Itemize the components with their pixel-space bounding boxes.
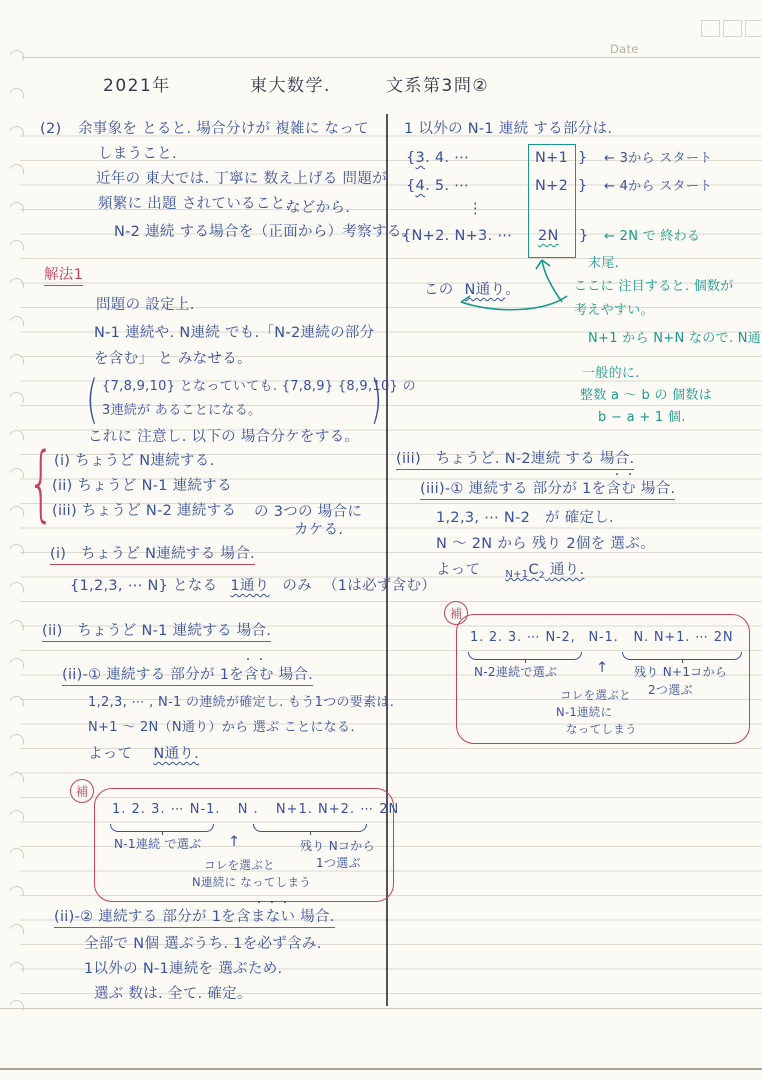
seq-middle-part: N-1. [589, 630, 619, 645]
title-course: 東大数学. [250, 76, 331, 97]
item-2-line-5: N-2 連続 する場合を（正面から）考察する。 [114, 223, 416, 241]
teal-note-4: 一般的に. [582, 366, 640, 382]
supplement-2-sequence: 1. 2. 3. ⋯ N-2, N-1. N. N+1. ⋯ 2N [470, 630, 733, 646]
page-bottom-edge [0, 1068, 762, 1070]
set-row-2-end: N+2 [535, 177, 568, 195]
seq-middle-part: N . [238, 802, 259, 817]
case-ii-heading-text: (ii) ちょうど N-1 連続する 場合. [42, 623, 271, 642]
case-ii-2-heading-text: (ii)-② 連続する 部分が 1を含まない 場合. [54, 909, 335, 928]
seq-last-part: N. N+1. ⋯ 2N [633, 630, 733, 645]
teal-note-2: 考えやすい。 [574, 303, 654, 319]
therefore-label: よって [436, 562, 480, 578]
set-row-3-end: 2N [538, 227, 559, 245]
n-ways-a: この [424, 282, 454, 298]
title-year: 2021年 [103, 76, 171, 97]
date-label: Date [610, 42, 639, 56]
item-2-line-3: 近年の 東大では. 丁寧に 数え上げる 問題が [96, 170, 387, 188]
solution-line-1: 問題の 設定上. [96, 296, 195, 314]
therefore-label: よって [88, 746, 132, 762]
solution-line-4: これに 注意し. 以下の 場合分ケをする。 [88, 428, 359, 446]
set-row-2-note: ← 4から スタート [604, 179, 712, 195]
solution-line-3: を含む」 と みなせる。 [94, 350, 252, 368]
item-2-marker: (2) [40, 120, 61, 138]
case-ii-2-line-2: 1以外の N-1連続を 選ぶため. [84, 960, 282, 978]
set-row-3-note: ← 2N で 終わる [604, 229, 700, 245]
corner-squares [698, 20, 762, 42]
underbrace-right [253, 824, 367, 832]
case-list-brace: { [28, 444, 54, 524]
binder-hole [7, 86, 26, 105]
case-ii-1-heading-text: (ii)-① 連続する 部分が 1を含む 場合. [62, 667, 313, 686]
open-brace: { [406, 150, 416, 166]
case-ii-2-heading: (ii)-② 連続する 部分が 1を含まない 場合. [54, 908, 335, 926]
case-ii-1-line-2: N+1 〜 2N（N通り）から 選ぶ ことになる. [88, 720, 355, 736]
case-iii-1-line-1: 1,2,3, ⋯ N-2 が 確定し. [436, 509, 614, 527]
comb-sub: 2 [539, 571, 545, 581]
up-arrow: ↑ [228, 833, 240, 851]
corner-square [745, 20, 762, 37]
underbrace-right-label-2: 2つ選ぶ [648, 683, 693, 698]
comb-post: 通り. [550, 562, 585, 578]
case-ii-1-count: N通り. [153, 746, 199, 762]
bottom-rule-line [0, 1008, 762, 1009]
set-row-2: {4. 5. ⋯ [406, 177, 469, 195]
item-2-line-1: 余事象を とると. 場合分けが 複雑に なって [78, 120, 369, 138]
comb-pre: N+1 [505, 569, 528, 580]
middle-note-2: N連続に なってしまう [192, 875, 311, 889]
case-iii-1-line-2: N 〜 2N から 残り 2個を 選ぶ。 [436, 535, 655, 553]
case-iii-heading-text: (iii) ちょうど. N-2連続 する 場合. [396, 451, 634, 470]
underbrace-right-label-2: 1つ選ぶ [316, 856, 361, 871]
underbrace-right-label-1: 残り Nコから [300, 839, 375, 854]
close-brace: } [579, 227, 589, 245]
underbrace-left [110, 824, 214, 832]
set-row-1-start: 3 [416, 150, 426, 166]
case-ii-1-result: よって N通り. [88, 745, 199, 763]
case-iii-1-heading: (iii)-① 連続する 部分が 1を含む 場合. [420, 480, 675, 498]
close-paren: ) [370, 372, 382, 428]
middle-note-2: N-1連続に [556, 705, 612, 719]
supplement-1-sequence: 1. 2. 3. ⋯ N-1. N . N+1. N+2. ⋯ 2N [112, 802, 399, 818]
middle-note-1: コレを選ぶと [204, 858, 275, 872]
middle-note-3: なってしまう [566, 722, 637, 736]
case-i-line-c: のみ [282, 578, 312, 594]
underbrace-left [468, 652, 582, 660]
case-i-heading: (i) ちょうど N連続する 場合. [50, 545, 255, 563]
case-ii-heading: (ii) ちょうど N-1 連続する 場合. [42, 622, 271, 640]
middle-note-1: コレを選ぶと [560, 688, 631, 702]
comb-c: C [528, 562, 538, 578]
case-i-count: 1通り [230, 578, 269, 594]
teal-note-5: 整数 a 〜 b の 個数は [580, 388, 712, 404]
teal-note-1: ここに 注目すると. 個数が [574, 279, 734, 295]
up-arrow: ↑ [596, 659, 608, 677]
underbrace-left-label: N-2連続で選ぶ [474, 665, 557, 680]
open-brace: { [406, 178, 416, 194]
case-ii-1-heading: (ii)-① 連続する 部分が 1を含む 場合. [62, 666, 313, 684]
case-ii-2-line-3: 選ぶ 数は. 全て. 確定。 [94, 985, 252, 1003]
date-rule-line [22, 57, 760, 58]
case-iii-1-heading-text: (iii)-① 連続する 部分が 1を含む 場合. [420, 481, 675, 500]
title-problem: 文系第3問② [386, 76, 489, 97]
underbrace-left-label: N-1連続 で選ぶ [114, 837, 201, 852]
set-row-3: {N+2. N+3. ⋯ [402, 227, 512, 245]
close-brace: } [578, 177, 588, 195]
combination-count: N+1C2 通り. [505, 562, 584, 578]
close-brace: } [578, 149, 588, 167]
solution-line-2: N-1 連続や. N連続 でも.「N-2連続の部分 [94, 324, 375, 342]
underbrace-right [622, 652, 742, 660]
teal-note-3: N+1 から N+N なので. N通り [588, 331, 762, 347]
underbrace-right-label-1: 残り N+1コから [634, 665, 727, 680]
teal-note-0: 末尾. [588, 256, 619, 272]
case-list-ii: (ii) ちょうど N-1 連続する [52, 477, 232, 495]
case-i-line-a: {1,2,3, ⋯ N} となる [70, 578, 217, 594]
seq-first-part: 1. 2. 3. ⋯ N-2, [470, 630, 576, 645]
case-i-line: {1,2,3, ⋯ N} となる 1通り のみ （1は必ず含む） [70, 577, 436, 595]
case-list-iii: (iii) ちょうど N-2 連続する [52, 502, 236, 520]
set-row-1-rest: . 4. ⋯ [425, 150, 469, 166]
case-i-line-d: （1は必ず含む） [323, 578, 436, 594]
set-row-2-rest: . 5. ⋯ [425, 178, 469, 194]
vertical-ellipsis: ⋮ [468, 200, 483, 218]
item-2-line-4: 頻繁に 出題 されていること. [98, 195, 290, 213]
corner-square [723, 20, 742, 37]
solution-1-heading-text: 解法1 [44, 267, 83, 286]
case-list-note-2: カケる. [294, 521, 343, 539]
set-row-2-start: 4 [416, 178, 426, 194]
open-paren: ( [86, 372, 98, 428]
seq-last-part: N+1. N+2. ⋯ 2N [276, 802, 399, 817]
curved-left-arrow [455, 290, 570, 316]
case-ii-1-line-1: 1,2,3, ⋯ , N-1 の連続が確定し. もう1つの要素は. [88, 695, 394, 711]
seq-first-part: 1. 2. 3. ⋯ N-1. [112, 802, 221, 817]
case-list-note-1: の 3つの 場合に [254, 503, 362, 521]
solution-1-heading: 解法1 [44, 266, 83, 284]
case-iii-heading: (iii) ちょうど. N-2連続 する 場合. [396, 450, 634, 468]
solution-paren-line-1: {7,8,9,10} となっていても. {7,8,9} {8,9,10} の [102, 379, 416, 395]
solution-paren-line-2: 3連続が あることになる。 [102, 403, 261, 419]
set-row-1: {3. 4. ⋯ [406, 149, 469, 167]
supplement-badge: 補 [70, 779, 94, 803]
case-ii-2-line-1: 全部で N個 選ぶうち. 1を必ず含み. [84, 935, 322, 953]
corner-square [701, 20, 720, 37]
notebook-page: Date 2021年 東大数学. 文系第3問② (2) 余事象を とると. 場合… [0, 0, 762, 1080]
set-row-1-end: N+1 [535, 149, 568, 167]
case-list-i: (i) ちょうど N連続する. [54, 452, 215, 470]
teal-note-6: b − a + 1 個. [598, 410, 686, 426]
item-2-line-2: しまうこと. [98, 145, 177, 163]
item-2-line-4b: などから. [286, 199, 350, 217]
right-intro: 1 以外の N-1 連続 する部分は. [404, 120, 612, 138]
case-i-heading-text: (i) ちょうど N連続する 場合. [50, 546, 255, 565]
case-iii-1-result: よって N+1C2 通り. [436, 561, 584, 582]
set-row-1-note: ← 3から スタート [604, 151, 712, 167]
